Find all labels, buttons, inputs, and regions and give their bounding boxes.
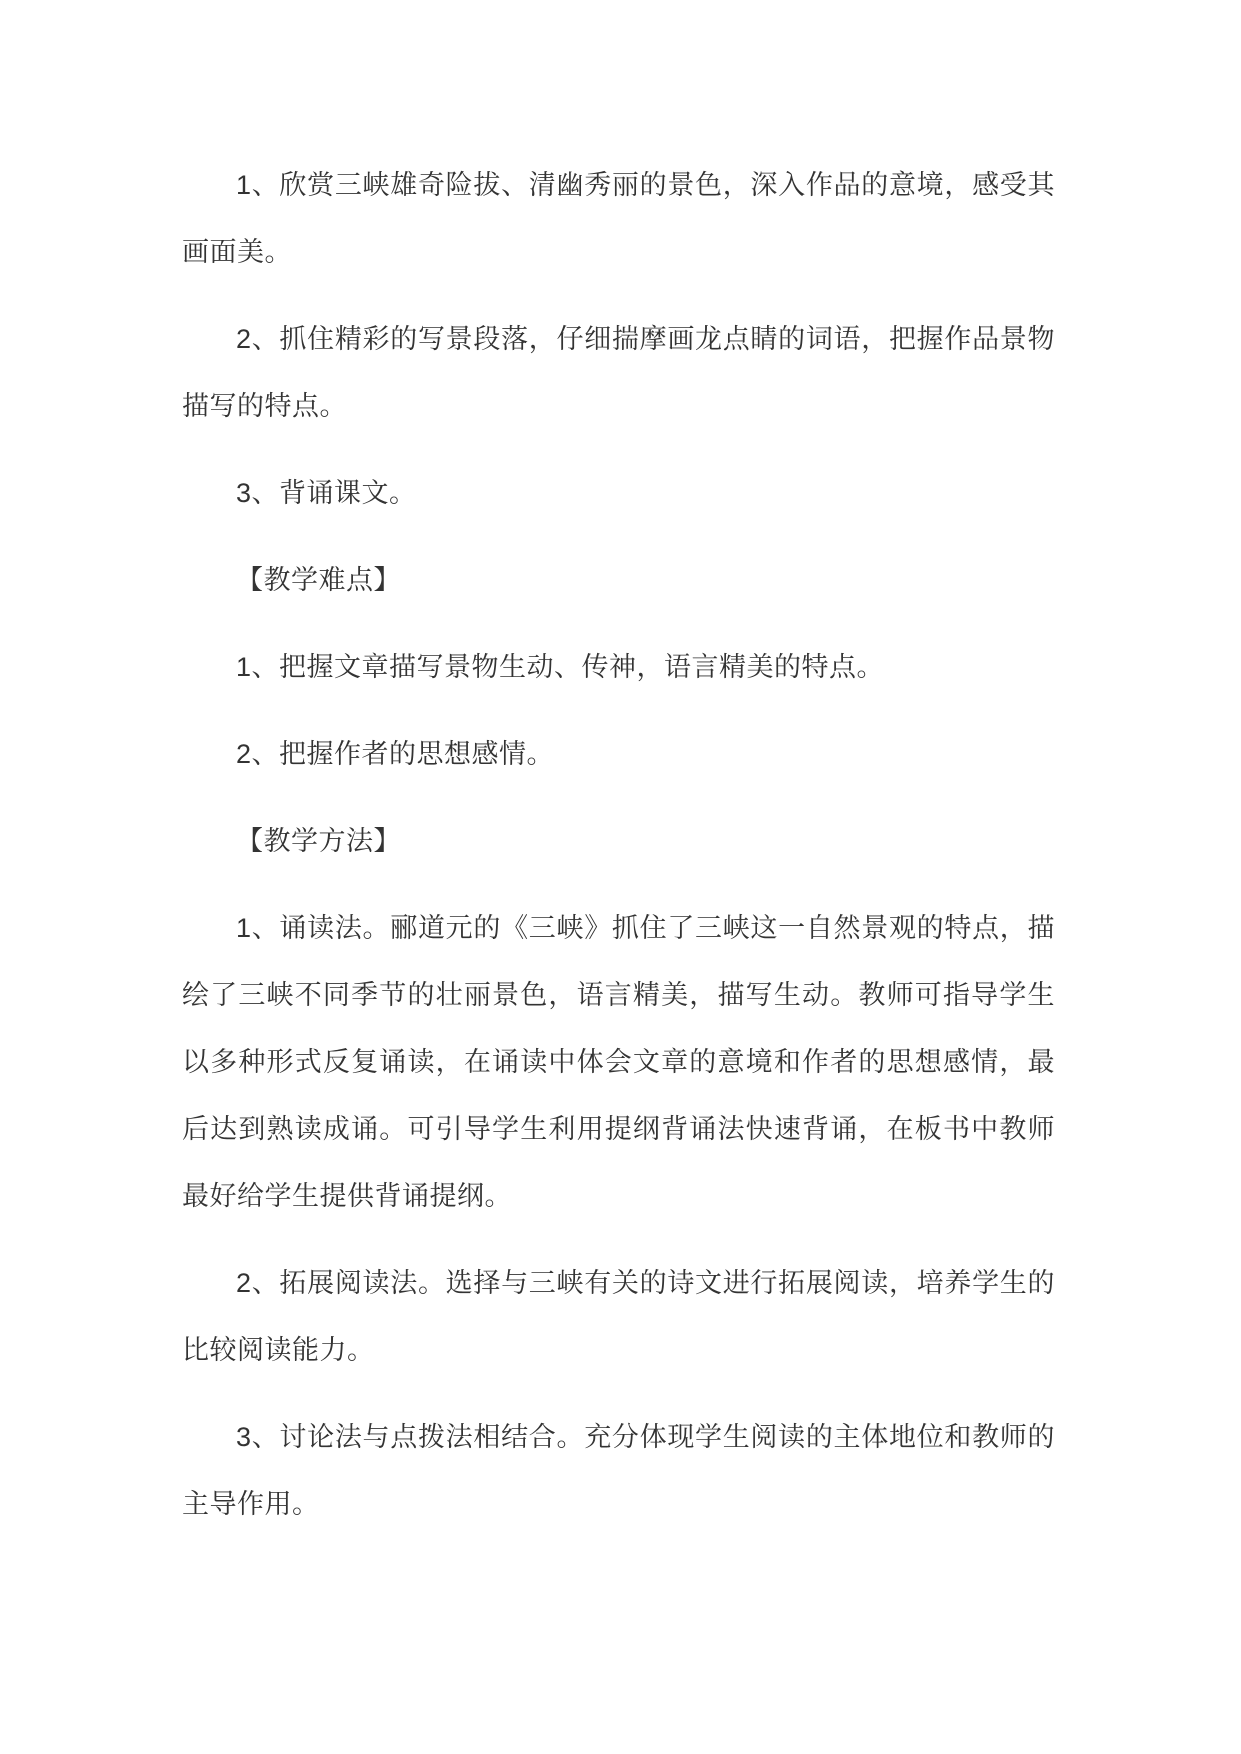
paragraph: 2、拓展阅读法。选择与三峡有关的诗文进行拓展阅读，培养学生的比较阅读能力。	[182, 1250, 1055, 1384]
paragraph: 2、抓住精彩的写景段落，仔细揣摩画龙点睛的词语，把握作品景物描写的特点。	[182, 306, 1055, 440]
paragraph: 1、诵读法。郦道元的《三峡》抓住了三峡这一自然景观的特点，描绘了三峡不同季节的壮…	[182, 895, 1055, 1230]
paragraph: 1、欣赏三峡雄奇险拔、清幽秀丽的景色，深入作品的意境，感受其画面美。	[182, 152, 1055, 286]
document-body: 1、欣赏三峡雄奇险拔、清幽秀丽的景色，深入作品的意境，感受其画面美。2、抓住精彩…	[182, 152, 1055, 1538]
section-heading: 【教学难点】	[182, 547, 1055, 614]
document-page: 1、欣赏三峡雄奇险拔、清幽秀丽的景色，深入作品的意境，感受其画面美。2、抓住精彩…	[0, 0, 1241, 1754]
paragraph: 3、讨论法与点拨法相结合。充分体现学生阅读的主体地位和教师的主导作用。	[182, 1404, 1055, 1538]
section-heading: 【教学方法】	[182, 808, 1055, 875]
paragraph: 3、背诵课文。	[182, 460, 1055, 527]
paragraph: 1、把握文章描写景物生动、传神，语言精美的特点。	[182, 634, 1055, 701]
paragraph: 2、把握作者的思想感情。	[182, 721, 1055, 788]
